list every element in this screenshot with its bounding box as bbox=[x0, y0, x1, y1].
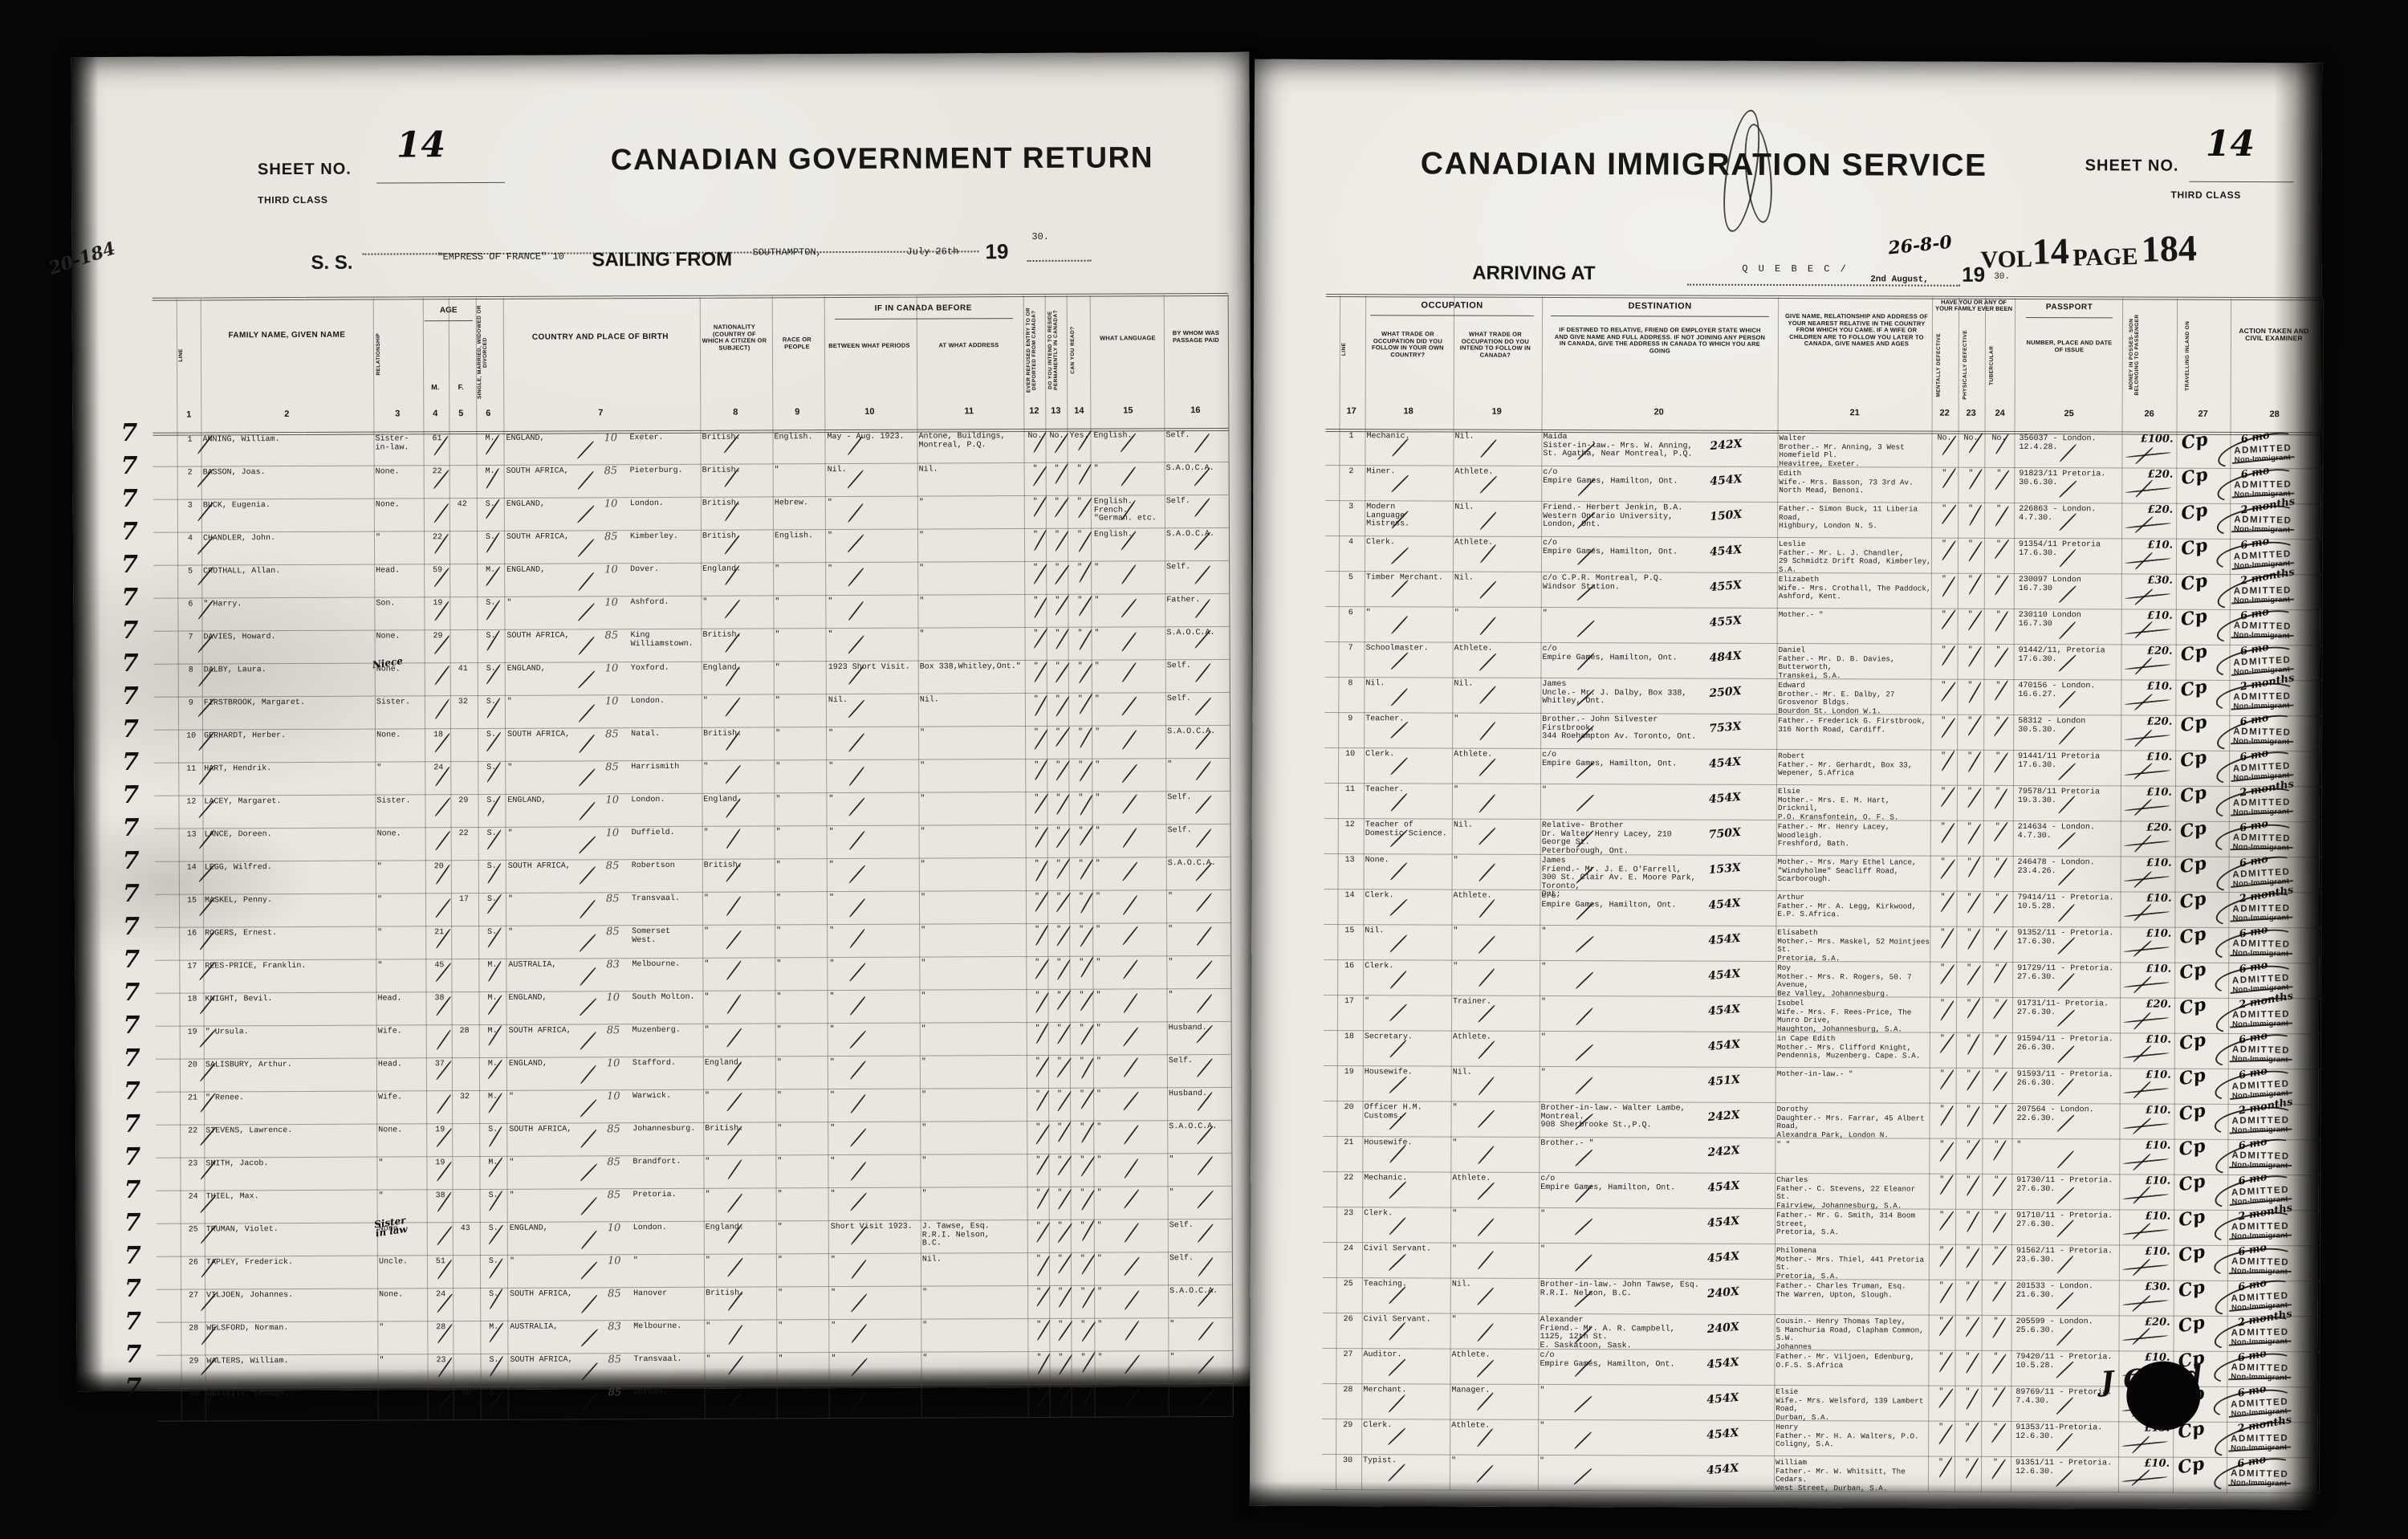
pen-slash bbox=[1389, 1076, 1407, 1093]
cell-race: " bbox=[778, 1355, 824, 1364]
cell-paid: S.A.O.C.A. bbox=[1169, 1288, 1230, 1297]
cell-address: " bbox=[919, 531, 1022, 540]
cell-dest: " bbox=[1541, 1034, 1705, 1043]
cell-paid: " bbox=[1169, 1354, 1230, 1362]
cell-line: 23 bbox=[1338, 1210, 1359, 1219]
cell-tag: 454X bbox=[1708, 967, 1773, 980]
cell-inland: Cp bbox=[2180, 679, 2226, 695]
cell-line: 20 bbox=[181, 1062, 204, 1071]
cell-place: King Williamstown. bbox=[631, 632, 700, 649]
cell-line: 16 bbox=[181, 930, 203, 939]
cell-money: £10. bbox=[2125, 1071, 2171, 1080]
cell-periods: " bbox=[829, 960, 916, 969]
col-number: 4 bbox=[425, 409, 445, 418]
cell-rel: None. bbox=[376, 468, 424, 477]
pen-slash bbox=[1575, 1044, 1593, 1061]
cell-occ_can: Nil. bbox=[1454, 681, 1536, 690]
table-row: 9Teacher."Brother.- John Silvester First… bbox=[1252, 713, 2320, 752]
table-row: 710GERHARDT, Herber.None.18S.SOUTH AFRIC… bbox=[74, 726, 1252, 763]
cell-name: LANCE, Doreen. bbox=[205, 831, 375, 841]
col-age-m-label: M. bbox=[423, 383, 447, 391]
pen-slash bbox=[433, 503, 449, 523]
cell-tally: 7 bbox=[121, 528, 153, 537]
cell-relative: Isobel Wife.- Mrs. F. Rees-Price, The Mu… bbox=[1777, 1000, 1930, 1034]
arriving-port: Q U E B E C / bbox=[1742, 263, 1849, 275]
pen-slash bbox=[1575, 935, 1594, 952]
cell-line: 17 bbox=[1339, 998, 1360, 1007]
cell-lang: " bbox=[1096, 1090, 1165, 1099]
cell-place: London. bbox=[631, 698, 700, 706]
cell-lang: " bbox=[1095, 728, 1164, 737]
cell-money: £100. bbox=[2126, 435, 2173, 444]
cell-money: £20. bbox=[2126, 506, 2173, 515]
class-label: THIRD CLASS bbox=[258, 194, 327, 206]
cell-money: £20. bbox=[2126, 470, 2173, 479]
pen-flourish bbox=[2213, 1105, 2295, 1138]
cell-occ_can: " bbox=[1452, 1211, 1534, 1219]
pen-slash bbox=[436, 1029, 451, 1050]
pen-slash bbox=[1390, 793, 1408, 812]
pen-slash bbox=[1479, 511, 1497, 531]
cell-country: " bbox=[510, 1191, 606, 1200]
cell-tag: 153X bbox=[1708, 861, 1773, 874]
cell-periods: " bbox=[831, 1256, 917, 1265]
cell-paid: Father. bbox=[1166, 596, 1227, 605]
cell-country: " bbox=[508, 895, 604, 904]
cell-place: " bbox=[633, 1257, 702, 1266]
cell-periods: Nil. bbox=[828, 466, 914, 475]
col-occ-can-label: WHAT TRADE OR OCCUPATION DO YOU INTEND T… bbox=[1455, 332, 1536, 359]
cell-tag: 250X bbox=[1709, 684, 1774, 698]
cell-money: £10. bbox=[2125, 682, 2172, 691]
cell-lang: " bbox=[1095, 695, 1164, 704]
cell-race: " bbox=[775, 730, 822, 739]
cell-country: " bbox=[508, 928, 604, 937]
cell-inland: Cp bbox=[2180, 573, 2226, 589]
cell-rel: " bbox=[377, 962, 425, 971]
cell-place: Robertson bbox=[632, 862, 701, 871]
col-destination-label: DESTINATION bbox=[1542, 301, 1778, 311]
col-number: 2 bbox=[277, 409, 296, 419]
cell-line: 3 bbox=[1340, 503, 1361, 512]
pen-slash bbox=[581, 1362, 598, 1382]
col-q13-label: DO YOU INTEND TO RESIDE PERMANENTLY IN C… bbox=[1047, 300, 1065, 400]
cell-line: 27 bbox=[1337, 1351, 1358, 1360]
cell-address: Box 338,Whitley,Ont." bbox=[920, 663, 1023, 672]
cell-rel: Head. bbox=[378, 1061, 426, 1069]
cell-relative: Elsie Mother.- Mrs. E. M. Hart, Dricknil… bbox=[1778, 788, 1930, 822]
ss-label: S. S. bbox=[311, 252, 352, 275]
cell-money: £10. bbox=[2125, 930, 2171, 938]
cell-money: £10. bbox=[2125, 894, 2171, 903]
cell-rel: None. bbox=[376, 731, 425, 740]
cell-paid: " bbox=[1168, 926, 1229, 934]
pen-slash bbox=[1477, 1218, 1495, 1237]
cell-address: J. Tawse, Esq. R.R.I. Nelson, B.C. bbox=[922, 1223, 1025, 1248]
cell-line: 1 bbox=[178, 437, 201, 446]
cell-dest: " bbox=[1541, 1069, 1705, 1078]
cell-cnote: 85 bbox=[606, 895, 628, 904]
cell-occ_can: Athlete. bbox=[1454, 539, 1536, 548]
cell-lang: " bbox=[1095, 761, 1164, 770]
cell-dest: c/o Empire Games, Hamilton, Ont. bbox=[1541, 893, 1705, 910]
table-row: 719 " Ursula.Wife.28M.SOUTH AFRICA,85Muz… bbox=[75, 1022, 1254, 1060]
cell-sm: S. bbox=[482, 1291, 505, 1300]
cell-name: WALTERS, William. bbox=[206, 1358, 376, 1367]
cell-address: Nil. bbox=[922, 1256, 1025, 1264]
pen-slash bbox=[1388, 1394, 1405, 1413]
table-row: 711HART, Hendrik."24S. "85Harrismith""""… bbox=[74, 759, 1252, 796]
cell-occ_own: Clerk. bbox=[1365, 963, 1448, 971]
cell-address: Nil. bbox=[919, 466, 1022, 474]
cell-race: " bbox=[775, 796, 822, 804]
table-row: 720SALISBURY, Arthur.Head.37M.ENGLAND,10… bbox=[75, 1055, 1254, 1093]
cell-rel: " bbox=[379, 1324, 427, 1333]
cell-line: 24 bbox=[182, 1193, 205, 1202]
pen-slash bbox=[2056, 1150, 2074, 1169]
cell-inland: Cp bbox=[2181, 432, 2227, 448]
cell-dest: " bbox=[1543, 610, 1706, 619]
cell-inland: Cp bbox=[2178, 1103, 2224, 1119]
cell-line: 5 bbox=[1340, 574, 1361, 583]
cell-paid: Husband. bbox=[1169, 1090, 1230, 1099]
cell-line: 6 bbox=[1340, 609, 1361, 618]
cell-lang: " bbox=[1094, 596, 1163, 605]
cell-cnote: 10 bbox=[608, 1224, 630, 1233]
cell-dest: Relative- Brother Dr. Walter Henry Lacey… bbox=[1542, 822, 1706, 857]
col-q22-label: MENTALLY DEFECTIVE bbox=[1936, 327, 1954, 404]
cell-cnote: 10 bbox=[605, 665, 628, 674]
cell-lang: " bbox=[1096, 860, 1165, 869]
left-col-numbers: 12345678910111213141516 bbox=[72, 405, 1251, 431]
cell-paid: " bbox=[1168, 991, 1229, 1000]
cell-tag: 454X bbox=[1706, 1390, 1771, 1404]
cell-place: Durban. bbox=[634, 1389, 703, 1398]
col-number: 27 bbox=[2194, 409, 2213, 419]
cell-place: Melbourne. bbox=[633, 1323, 702, 1332]
sailing-date: July 26th bbox=[906, 246, 958, 257]
pen-flourish bbox=[2212, 1208, 2296, 1246]
pen-slash bbox=[1478, 1004, 1495, 1023]
cell-address: " bbox=[923, 1387, 1026, 1396]
cell-rel: None. bbox=[378, 1126, 426, 1135]
cell-paid: S.A.O.C.A. bbox=[1167, 728, 1228, 737]
cell-f: 32 bbox=[452, 698, 474, 707]
table-row: 1Mechanic.Nil.Maida Sister-in-law.- Mrs.… bbox=[1253, 430, 2321, 470]
cell-dest: " bbox=[1541, 999, 1705, 1008]
cell-line: 12 bbox=[180, 799, 202, 808]
pen-underline bbox=[2125, 487, 2171, 494]
right-col-numbers: 171819202122232425262728 bbox=[1254, 406, 2321, 431]
cell-cnote: 85 bbox=[608, 1290, 630, 1299]
pen-slash bbox=[1476, 1464, 1494, 1483]
cell-tag: 455X bbox=[1709, 613, 1774, 627]
cell-dest: " bbox=[1540, 1423, 1703, 1431]
cell-country: ENGLAND, bbox=[510, 1224, 606, 1233]
pen-flourish bbox=[2213, 1246, 2295, 1280]
sheet-no-label: SHEET NO. bbox=[2085, 157, 2179, 175]
pen-flourish bbox=[2215, 465, 2299, 507]
cell-paid: Self. bbox=[1167, 695, 1228, 704]
cell-lang: " bbox=[1097, 1255, 1166, 1264]
cell-inland: Cp bbox=[2179, 962, 2225, 978]
table-row: 730WHITSITT, Oonagh."19S. "85Durban.""""… bbox=[77, 1384, 1255, 1422]
cell-paid: S.A.O.C.A. bbox=[1166, 531, 1227, 539]
cell-race: " bbox=[776, 960, 823, 969]
cell-tally: 7 bbox=[122, 693, 154, 702]
cell-relative: Edward Brother.- Mr. E. Dalby, 27 Grosve… bbox=[1778, 682, 1930, 716]
cell-dest: " bbox=[1540, 1387, 1703, 1396]
cell-tag: 753X bbox=[1709, 719, 1774, 733]
cell-periods: " bbox=[831, 1355, 917, 1364]
cell-relative: Father.- Simon Buck, 11 Liberia Road, Hi… bbox=[1779, 505, 1931, 531]
cell-relative: Leslie Father.- Mr. L. J. Chandler, 29 S… bbox=[1779, 540, 1931, 575]
col-number: 6 bbox=[478, 409, 498, 418]
cell-address: " bbox=[921, 1124, 1024, 1133]
cell-f: 41 bbox=[452, 666, 474, 674]
cell-tag: 150X bbox=[1710, 507, 1775, 521]
col-relative-label: GIVE NAME, RELATIONSHIP AND ADDRESS OF Y… bbox=[1784, 313, 1929, 348]
cell-paid: Self. bbox=[1166, 564, 1227, 572]
hole-punch bbox=[2126, 1361, 2200, 1430]
cell-paid: " bbox=[1167, 761, 1228, 770]
table-row: 715MASKEL, Penny."17S. "85Transvaal.""""… bbox=[75, 890, 1253, 928]
cell-tally: 7 bbox=[124, 1252, 157, 1261]
cell-place: Dover. bbox=[630, 566, 699, 575]
cell-name: TAPLEY, Frederick. bbox=[206, 1259, 376, 1268]
cell-tally: 7 bbox=[124, 1154, 156, 1162]
pen-flourish bbox=[2215, 822, 2296, 856]
cell-occ_own: Mechanic. bbox=[1366, 433, 1450, 442]
cell-tag: 242X bbox=[1707, 1108, 1772, 1122]
cell-dest: c/o C.P.R. Montreal, P.Q. Windsor Statio… bbox=[1543, 575, 1706, 592]
cell-race: " bbox=[777, 1026, 824, 1035]
cell-f: 29 bbox=[452, 797, 474, 806]
table-row: 3Modern Language Mistress.Nil.Friend.- H… bbox=[1253, 501, 2321, 540]
pen-underline bbox=[2123, 911, 2170, 918]
cell-paid: " bbox=[1169, 1189, 1230, 1198]
col-number: 22 bbox=[1935, 409, 1954, 418]
page-label: PAGE bbox=[2072, 243, 2138, 271]
cell-periods: " bbox=[828, 796, 915, 804]
cell-dest: Brother-in-law.- John Tawse, Esq. R.R.I.… bbox=[1540, 1281, 1704, 1299]
table-row: 8Nil.Nil.James Uncle.- Mr. J. Dalby, Box… bbox=[1252, 678, 2320, 717]
pen-slash bbox=[1575, 1077, 1593, 1095]
scanned-manifest: { "left_page": { "sheet_label": "SHEET N… bbox=[0, 0, 2408, 1539]
pen-underline bbox=[2124, 805, 2170, 812]
pen-slash bbox=[1390, 652, 1409, 670]
cell-paid: Self. bbox=[1165, 432, 1226, 441]
cell-name: CHANDLER, John. bbox=[203, 535, 373, 544]
cell-rel: " bbox=[379, 1192, 427, 1201]
cell-line: 7 bbox=[1340, 645, 1361, 653]
cell-line: 6 bbox=[179, 601, 201, 610]
cell-line: 13 bbox=[181, 832, 203, 841]
cell-occ_own: Teaching. bbox=[1364, 1280, 1447, 1289]
pen-slash bbox=[1388, 1253, 1406, 1271]
pen-slash bbox=[1478, 935, 1495, 954]
table-row: 728WELSFORD, Norman."28M.AUSTRALIA,83Mel… bbox=[76, 1318, 1255, 1356]
table-row: 71ANNING, William.Sister- in-law.61M.ENG… bbox=[72, 430, 1251, 467]
pen-underline bbox=[2123, 982, 2170, 988]
pen-flourish bbox=[2215, 681, 2296, 715]
cell-place: South Molton. bbox=[632, 994, 701, 1003]
cell-q24: " bbox=[1986, 788, 2010, 797]
pen-slash bbox=[578, 704, 595, 723]
cell-country: SOUTH AFRICA, bbox=[506, 533, 603, 542]
cell-inland: Cp bbox=[2179, 785, 2225, 801]
cell-relative: Father.- Mr. G. Smith, 314 Boom Street, … bbox=[1776, 1211, 1929, 1237]
table-row: 21Housewife."Brother.- "242X " """" "£10… bbox=[1251, 1137, 2318, 1176]
cell-rel: Wife. bbox=[378, 1093, 426, 1102]
cell-tag: 242X bbox=[1710, 437, 1775, 450]
cell-line: 28 bbox=[182, 1325, 205, 1333]
cell-line: 25 bbox=[182, 1226, 205, 1235]
cell-lang: " bbox=[1096, 1123, 1165, 1132]
cell-tally: 7 bbox=[124, 1121, 156, 1130]
cell-periods: 1923 Short Visit. bbox=[828, 664, 915, 673]
cell-dest: " bbox=[1542, 787, 1706, 796]
cell-dest: c/o Empire Games, Hamilton, Ont. bbox=[1543, 469, 1706, 487]
table-row: 79FIRSTBROOK, Margaret.Sister.32S. "10Lo… bbox=[74, 693, 1252, 731]
col-number: 18 bbox=[1399, 406, 1418, 416]
cell-tag: 454X bbox=[1706, 1461, 1771, 1475]
cell-place: Transvaal. bbox=[632, 895, 701, 904]
cell-cnote: 83 bbox=[608, 1323, 630, 1332]
cell-dest: Friend.- Herbert Jenkin, B.A. Western On… bbox=[1543, 504, 1706, 530]
cell-tally: 7 bbox=[122, 792, 154, 800]
cell-money: £10. bbox=[2123, 1460, 2170, 1468]
cell-name: GERHARDT, Herber. bbox=[204, 732, 374, 742]
cell-paid: Self. bbox=[1169, 1057, 1230, 1066]
cell-inland: Cp bbox=[2178, 1315, 2223, 1331]
cell-rel: " bbox=[377, 863, 425, 872]
pen-flourish bbox=[2215, 643, 2298, 681]
table-row: 726TAPLEY, Frederick.Uncle.51S. "10 """"… bbox=[76, 1252, 1255, 1290]
pen-slash bbox=[436, 1093, 451, 1114]
cell-money: £10. bbox=[2124, 1177, 2170, 1186]
cell-periods: " bbox=[828, 631, 915, 640]
cell-rel: None. bbox=[379, 1291, 427, 1300]
cell-race: " bbox=[777, 1158, 824, 1166]
pen-slash bbox=[1388, 1464, 1405, 1482]
sheet-no-value: 14 bbox=[397, 124, 445, 165]
cell-cnote: 10 bbox=[607, 1093, 629, 1101]
cell-q24: " bbox=[1987, 506, 2011, 515]
class-label: THIRD CLASS bbox=[2171, 189, 2241, 201]
table-row: 6"""455XMother.- """"230110 London 16.7.… bbox=[1253, 607, 2321, 646]
table-row: 727VILJOEN, Johannes.None.24S.SOUTH AFRI… bbox=[76, 1285, 1255, 1323]
cell-occ_own: Merchant. bbox=[1363, 1386, 1446, 1395]
cell-place: Pieterburg. bbox=[630, 467, 699, 476]
cell-name: WHITSITT, Oonagh. bbox=[207, 1390, 377, 1400]
arrival-handwritten-note: 26-8-0 bbox=[1887, 232, 1953, 259]
col-number: 15 bbox=[1118, 405, 1137, 415]
col-passport-sub-label: NUMBER, PLACE AND DATE OF ISSUE bbox=[2023, 340, 2116, 353]
cell-relative: Elisabeth Mother.- Mrs. Maskel, 52 Moint… bbox=[1777, 929, 1930, 963]
cell-lang: " bbox=[1096, 1024, 1165, 1033]
cell-money: £10. bbox=[2125, 1036, 2171, 1044]
cell-race: " bbox=[775, 664, 822, 673]
cell-race: " bbox=[775, 763, 822, 772]
cell-line: 18 bbox=[1339, 1033, 1360, 1042]
cell-line: 30 bbox=[1337, 1457, 1358, 1466]
pen-slash bbox=[1575, 1254, 1593, 1272]
cell-paid: " bbox=[1169, 1321, 1230, 1329]
cell-line: 26 bbox=[182, 1259, 205, 1268]
cell-inland: Cp bbox=[2180, 715, 2226, 731]
cell-sm: S. bbox=[481, 863, 503, 872]
cell-money: £10. bbox=[2124, 1142, 2170, 1150]
cell-periods: " bbox=[829, 927, 916, 936]
cell-name: TRUMAN, Violet. bbox=[206, 1226, 376, 1236]
cell-tally: 7 bbox=[123, 923, 155, 932]
pen-underline bbox=[2123, 1088, 2170, 1094]
pen-flourish bbox=[2212, 1387, 2294, 1421]
cell-sm: S. bbox=[480, 633, 502, 641]
cell-tally: 7 bbox=[123, 989, 155, 998]
col-q24-label: TUBERCULAR bbox=[1989, 327, 2010, 404]
cell-periods: " bbox=[830, 1059, 917, 1068]
arriving-date: 2nd August, bbox=[1870, 275, 1929, 284]
pen-slash bbox=[435, 831, 451, 851]
cell-line: 2 bbox=[179, 470, 201, 478]
cell-name: REES-PRICE, Franklin. bbox=[205, 963, 375, 972]
cell-f: 19 bbox=[455, 1390, 478, 1399]
cell-sm: M. bbox=[482, 1028, 504, 1036]
cell-f: 28 bbox=[454, 1028, 476, 1036]
pen-slash bbox=[1478, 1077, 1495, 1096]
pen-slash bbox=[435, 698, 450, 719]
pen-flourish bbox=[2214, 606, 2298, 648]
table-row: 75CROTHALL, Allan.Head.59M.ENGLAND,10Dov… bbox=[73, 561, 1251, 599]
col-family-head-label: HAVE YOU OR ANY OF YOUR FAMILY EVER BEEN bbox=[1932, 299, 2015, 312]
pen-slash bbox=[1480, 439, 1497, 458]
col-line-label: LINE bbox=[1341, 305, 1362, 393]
cell-cnote: 85 bbox=[605, 731, 628, 739]
pen-slash bbox=[1479, 475, 1497, 494]
pen-slash bbox=[1574, 1395, 1592, 1413]
table-row: 725TRUMAN, Violet.None.43S.ENGLAND,10Lon… bbox=[76, 1219, 1255, 1257]
cell-address: " bbox=[921, 861, 1023, 869]
table-row: 16Clerk.""454XRoy Mother.- Mrs. R. Roger… bbox=[1251, 960, 2319, 1000]
cell-line: 10 bbox=[180, 733, 202, 742]
cell-paid: " bbox=[1168, 959, 1229, 967]
cell-paid: " bbox=[1170, 1386, 1231, 1395]
cell-line: 22 bbox=[181, 1127, 204, 1136]
col-paid-label: BY WHOM WAS PASSAGE PAID bbox=[1167, 330, 1225, 344]
pen-slash bbox=[1479, 580, 1497, 599]
cell-address: " bbox=[921, 959, 1023, 968]
left-page: SHEET NO. 14 THIRD CLASS 20-184 CANADIAN… bbox=[71, 52, 1255, 1391]
cell-line: 8 bbox=[180, 667, 202, 676]
col-number: 19 bbox=[1487, 407, 1507, 417]
table-row: 73BUCK, Eugenia.None.42S.ENGLAND,10Londo… bbox=[73, 495, 1251, 533]
pen-slash bbox=[1389, 898, 1408, 916]
cell-address: " bbox=[921, 1157, 1024, 1166]
cell-q24: " bbox=[1986, 753, 2010, 762]
cell-line: 18 bbox=[181, 996, 203, 1005]
cell-f: 43 bbox=[454, 1225, 477, 1234]
cell-name: WELSFORD, Norman. bbox=[206, 1325, 376, 1334]
pen-slash bbox=[1391, 616, 1409, 635]
cell-occ_own: " bbox=[1366, 609, 1450, 618]
cell-relative: Daniel Father.- Mr. D. B. Davies, Butter… bbox=[1778, 646, 1930, 681]
cell-tag: 242X bbox=[1707, 1143, 1772, 1157]
cell-inland: Cp bbox=[2178, 1138, 2224, 1154]
col-action-label: ACTION TAKEN AND CIVIL EXAMINER bbox=[2234, 328, 2314, 341]
cell-tag: 454X bbox=[1710, 472, 1775, 486]
